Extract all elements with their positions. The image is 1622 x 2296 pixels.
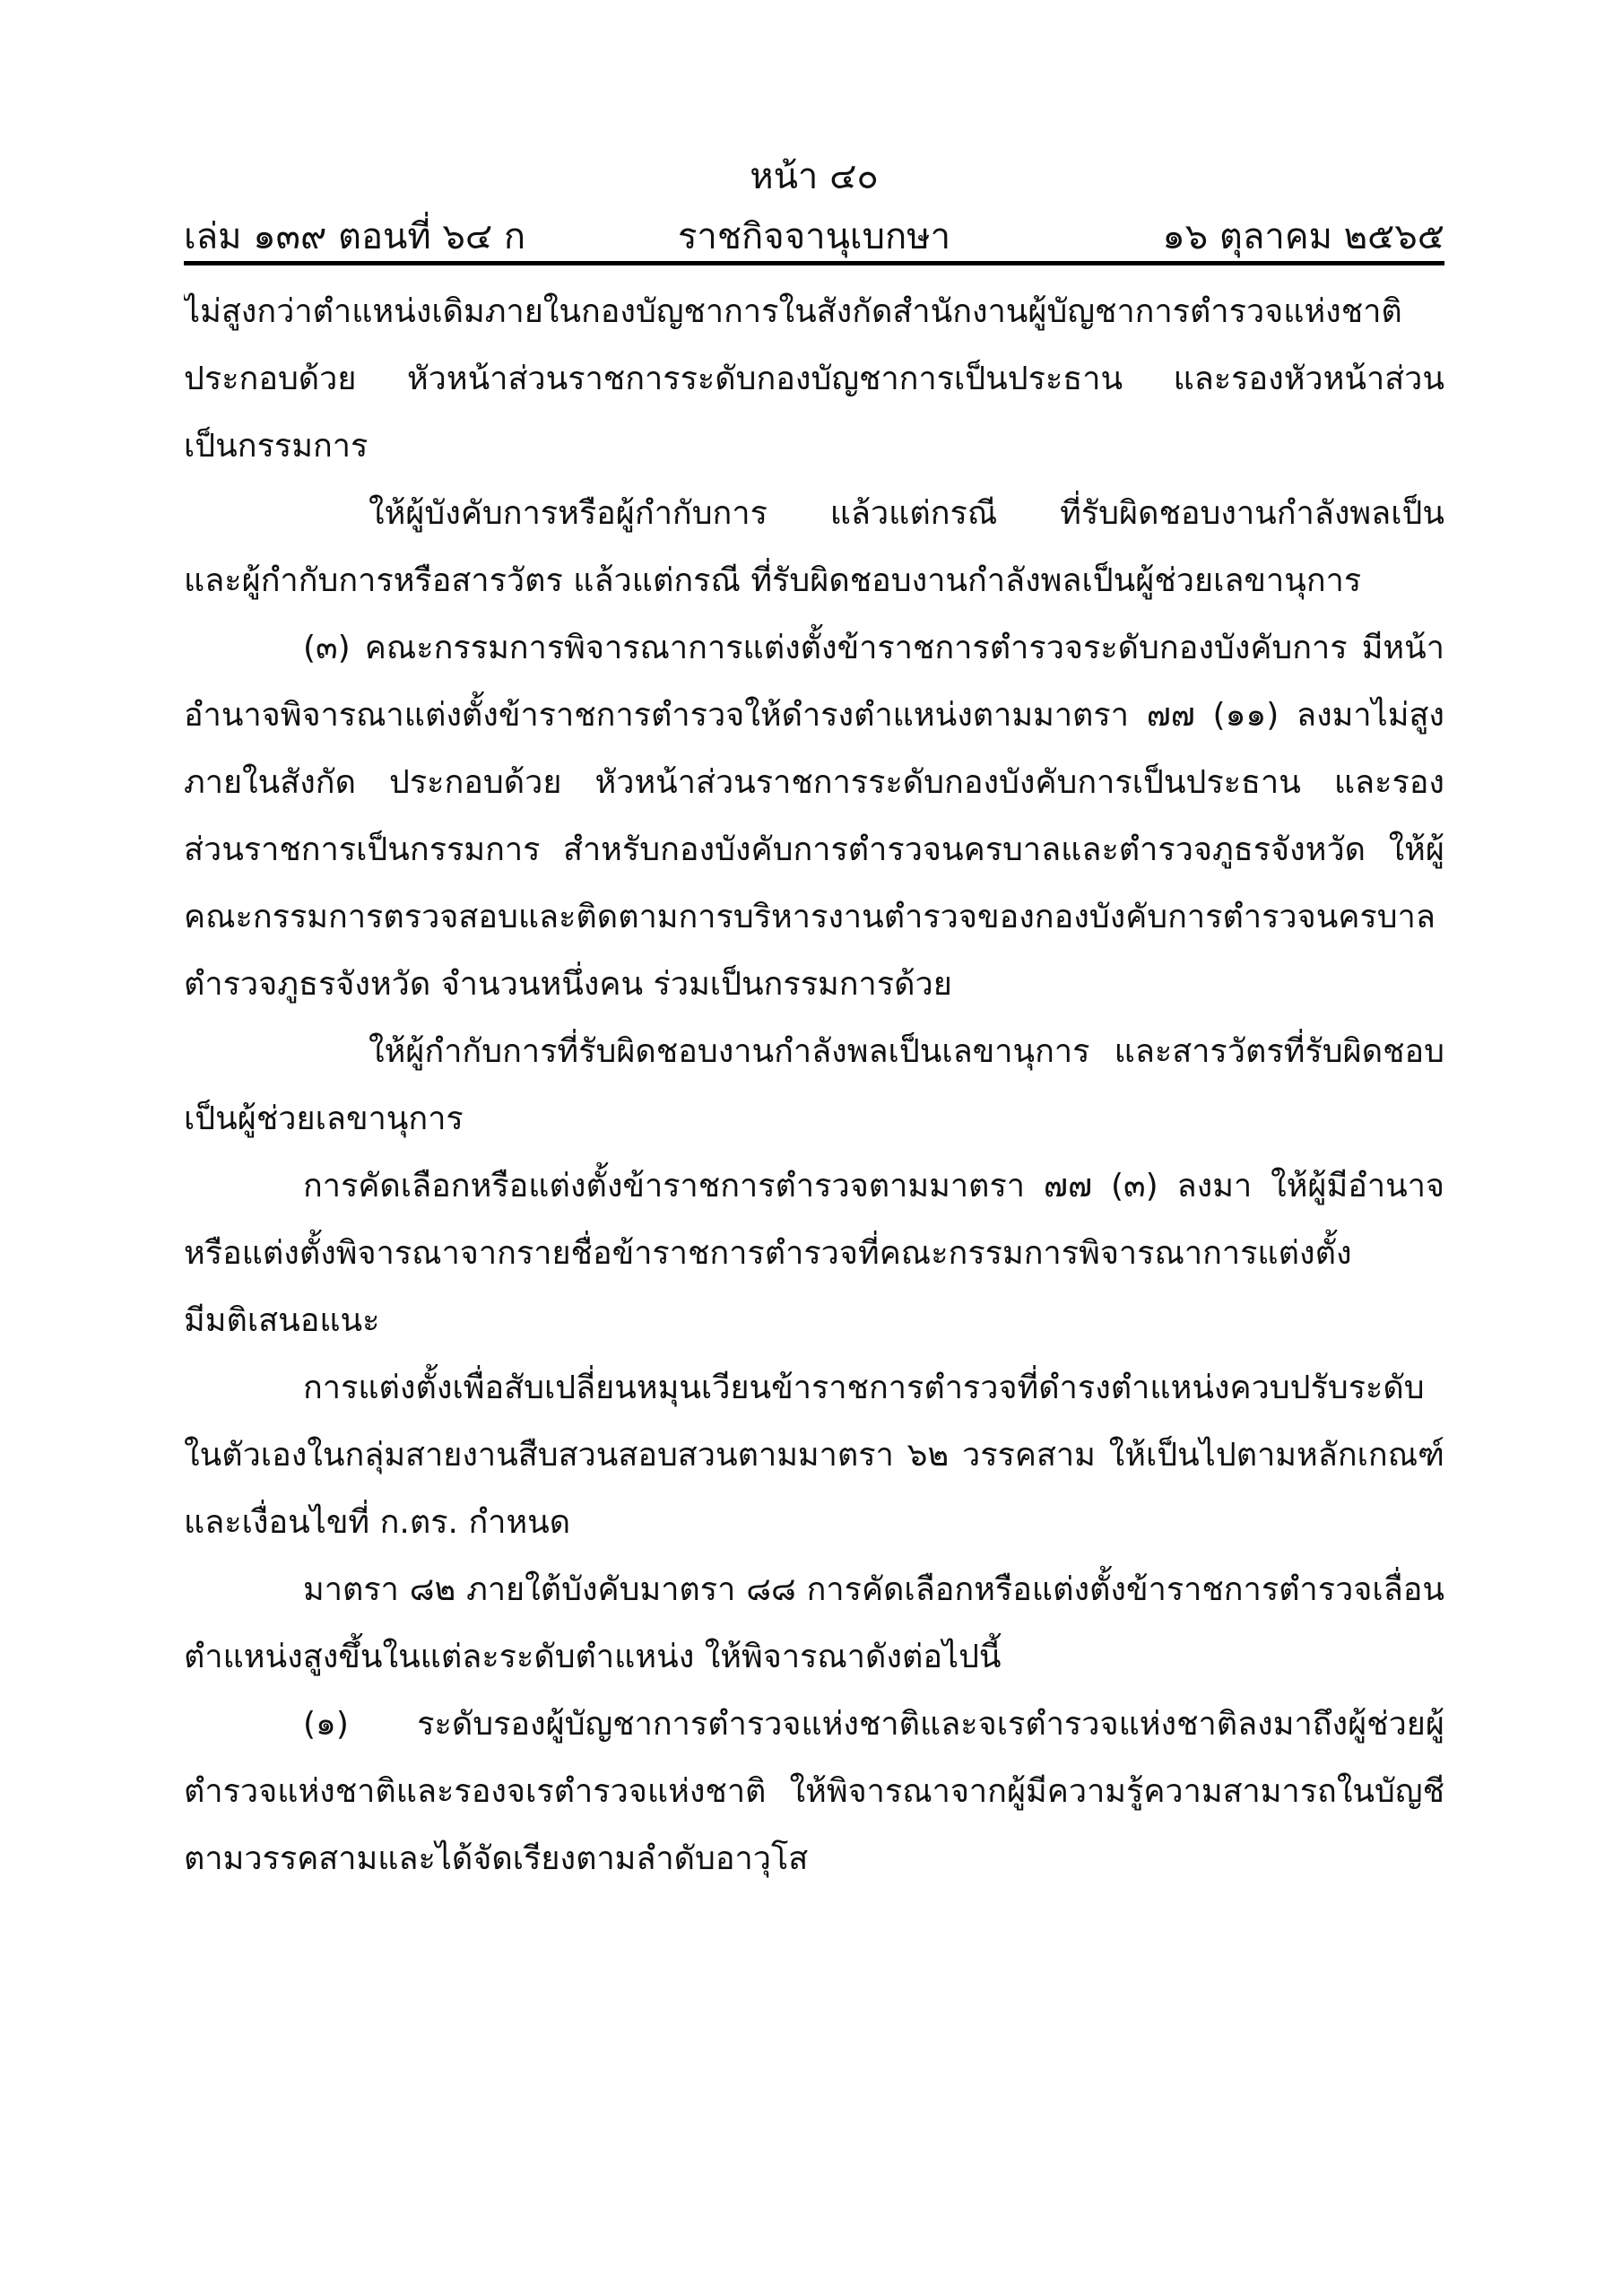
- header-divider-rule: [184, 261, 1444, 265]
- text-line: และผู้กำกับการหรือสารวัตร แล้วแต่กรณี ที…: [184, 547, 1444, 614]
- page-number: หน้า ๔๐: [184, 152, 1444, 201]
- publication-date: ๑๖ ตุลาคม ๒๕๖๕: [1162, 212, 1444, 262]
- text-line: คณะกรรมการตรวจสอบและติดตามการบริหารงานตำ…: [184, 883, 1444, 951]
- text-line: ตำแหน่งสูงขึ้นในแต่ละระดับตำแหน่ง ให้พิจ…: [184, 1623, 1444, 1691]
- text-line: มีมติเสนอแนะ: [184, 1287, 1444, 1354]
- text-line: และเงื่อนไขที่ ก.ตร. กำหนด: [184, 1489, 1444, 1556]
- text-line: ตำรวจแห่งชาติและรองจเรตำรวจแห่งชาติ ให้พ…: [184, 1758, 1444, 1825]
- text-line: (๑) ระดับรองผู้บัญชาการตำรวจแห่งชาติและจ…: [184, 1691, 1444, 1758]
- gazette-page: หน้า ๔๐ เล่ม ๑๓๙ ตอนที่ ๖๔ ก ราชกิจจานุเ…: [0, 0, 1622, 2296]
- text-line: ให้ผู้บังคับการหรือผู้กำกับการ แล้วแต่กร…: [184, 480, 1444, 547]
- text-line: มาตรา ๘๒ ภายใต้บังคับมาตรา ๘๘ การคัดเลือ…: [184, 1556, 1444, 1623]
- text-line: เป็นผู้ช่วยเลขานุการ: [184, 1085, 1444, 1152]
- text-line: ตำรวจภูธรจังหวัด จำนวนหนึ่งคน ร่วมเป็นกร…: [184, 951, 1444, 1018]
- text-line: ให้ผู้กำกับการที่รับผิดชอบงานกำลังพลเป็น…: [184, 1018, 1444, 1085]
- document-body: ไม่สูงกว่าตำแหน่งเดิมภายในกองบัญชาการในส…: [184, 278, 1444, 1892]
- text-line: ไม่สูงกว่าตำแหน่งเดิมภายในกองบัญชาการในส…: [184, 278, 1444, 345]
- text-line: ประกอบด้วย หัวหน้าส่วนราชการระดับกองบัญช…: [184, 345, 1444, 413]
- text-line: เป็นกรรมการ: [184, 413, 1444, 480]
- text-line: หรือแต่งตั้งพิจารณาจากรายชื่อข้าราชการตำ…: [184, 1220, 1444, 1287]
- text-line: (๓) คณะกรรมการพิจารณาการแต่งตั้งข้าราชกา…: [184, 614, 1444, 682]
- text-line: อำนาจพิจารณาแต่งตั้งข้าราชการตำรวจให้ดำร…: [184, 682, 1444, 749]
- text-line: การแต่งตั้งเพื่อสับเปลี่ยนหมุนเวียนข้ารา…: [184, 1354, 1444, 1422]
- text-line: การคัดเลือกหรือแต่งตั้งข้าราชการตำรวจตาม…: [184, 1152, 1444, 1220]
- page-header: เล่ม ๑๓๙ ตอนที่ ๖๔ ก ราชกิจจานุเบกษา ๑๖ …: [184, 212, 1444, 262]
- text-line: ตามวรรคสามและได้จัดเรียงตามลำดับอาวุโส: [184, 1825, 1444, 1892]
- text-line: ในตัวเองในกลุ่มสายงานสืบสวนสอบสวนตามมาตร…: [184, 1422, 1444, 1489]
- text-line: ภายในสังกัด ประกอบด้วย หัวหน้าส่วนราชการ…: [184, 749, 1444, 816]
- text-line: ส่วนราชการเป็นกรรมการ สำหรับกองบังคับการ…: [184, 816, 1444, 883]
